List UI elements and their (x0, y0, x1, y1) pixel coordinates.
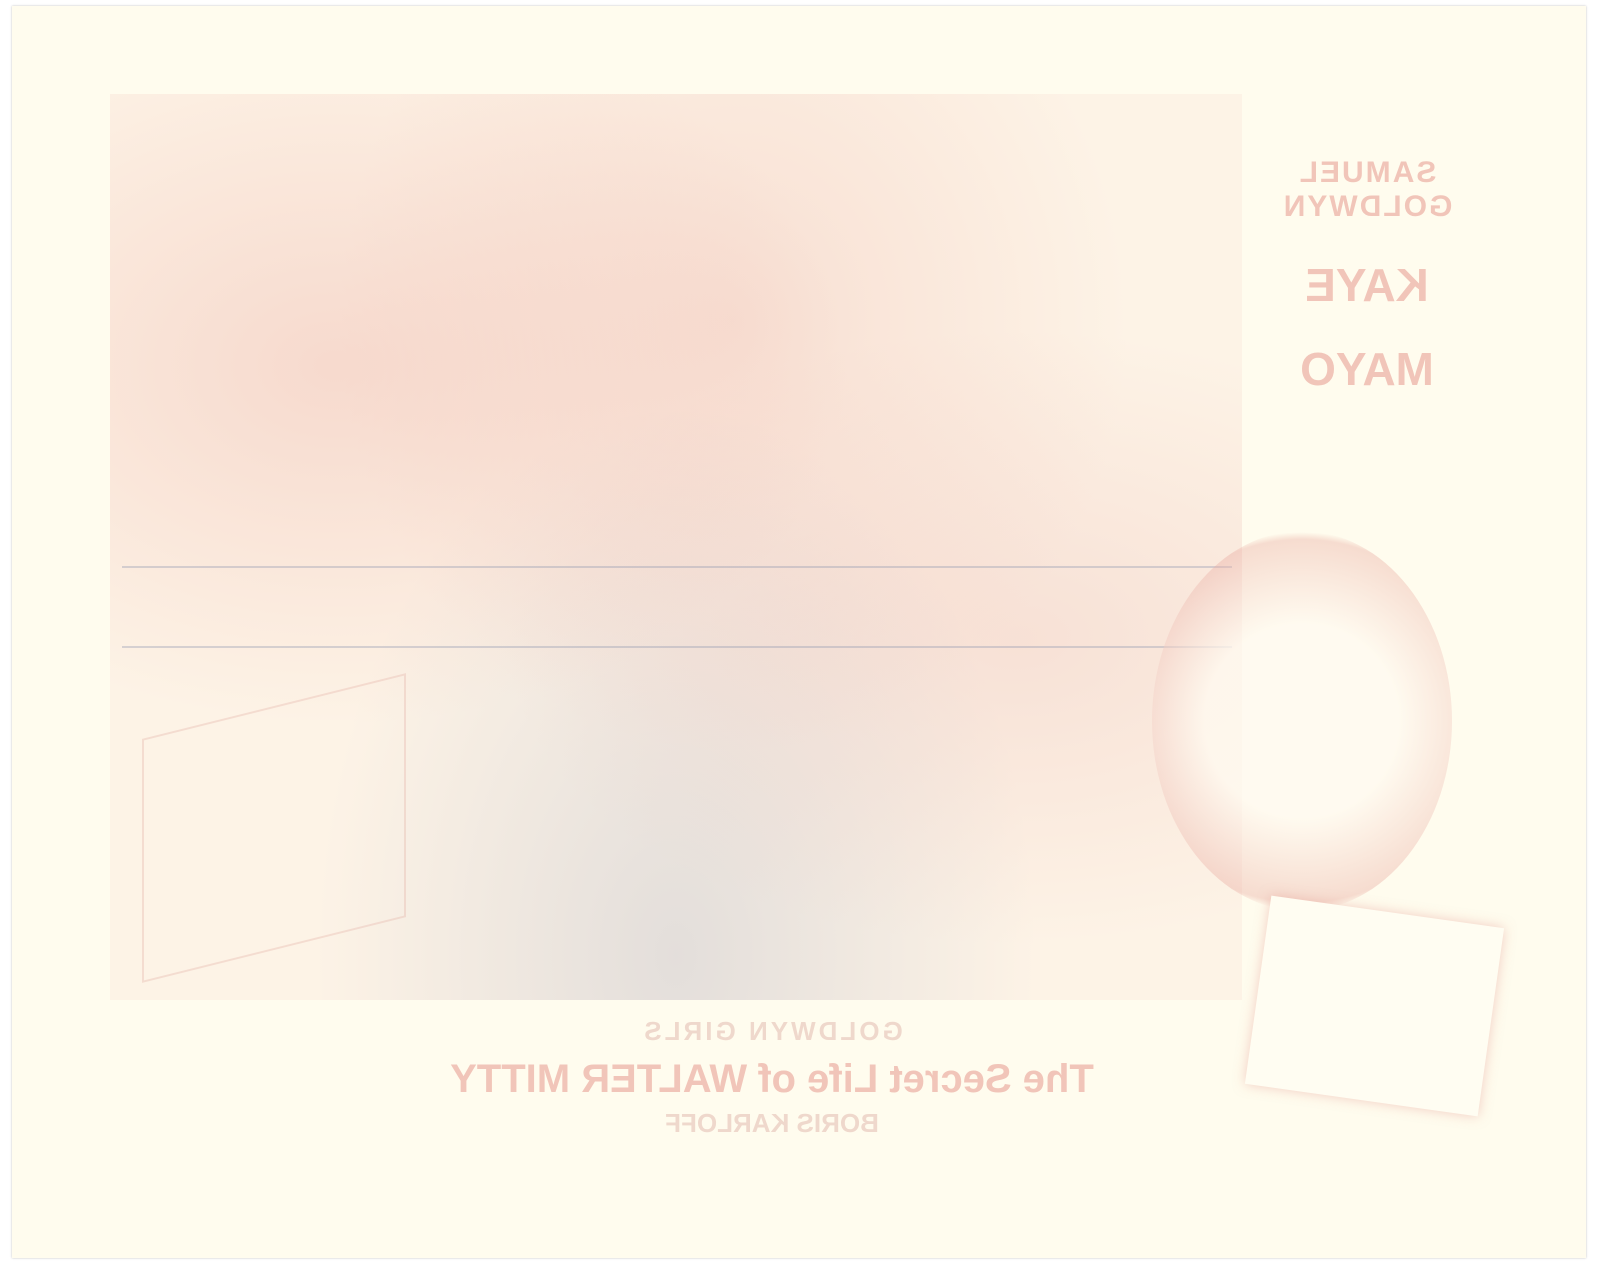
mirrored-billing: SAMUEL GOLDWYN KAYE MAYO (1277, 156, 1457, 396)
film-title: The Secret Life of WALTER MITTY (342, 1057, 1202, 1102)
lobby-card-back: SAMUEL GOLDWYN KAYE MAYO GOLDWYN GIRLS T… (12, 6, 1586, 1258)
costar-name: MAYO (1300, 343, 1434, 395)
show-through-line (122, 646, 1232, 648)
mirrored-title-block: GOLDWYN GIRLS The Secret Life of WALTER … (342, 1016, 1202, 1139)
producer-last: GOLDWYN (1277, 190, 1457, 224)
show-through-line (122, 566, 1232, 568)
show-through-portrait (1152, 531, 1452, 911)
show-through-credit-box (1245, 896, 1504, 1117)
star-name: KAYE (1305, 259, 1429, 311)
cast-line: BORIS KARLOFF (342, 1108, 1202, 1139)
subtitle-line: GOLDWYN GIRLS (342, 1016, 1202, 1047)
producer-first: SAMUEL (1277, 156, 1457, 190)
